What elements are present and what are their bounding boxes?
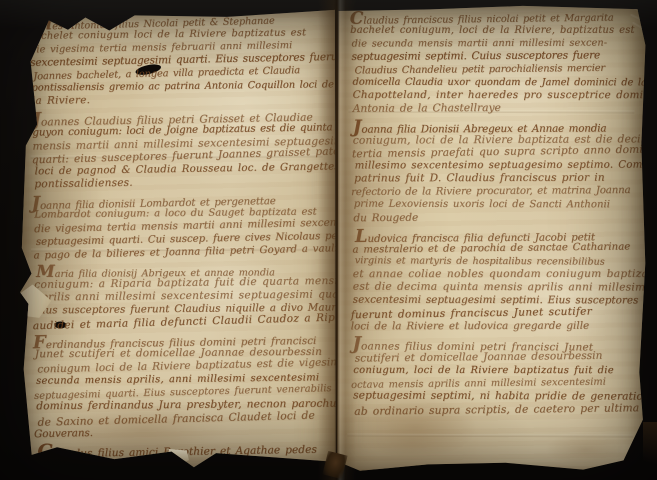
manuscript-line: Antonia de la Chastellraye bbox=[353, 101, 641, 116]
crease bbox=[348, 434, 633, 438]
manuscript-line: domicella Claudia uxor quondam de Jamel … bbox=[353, 76, 641, 90]
manuscript-line: bachelet coniugum, loci de la Riviere, b… bbox=[350, 24, 638, 37]
manuscript-line: ab ordinario supra scriptis, de caetero … bbox=[354, 401, 642, 418]
spine-leather-tab bbox=[307, 0, 334, 11]
manuscript-line: et annae coliae nobles quondam coniugum … bbox=[353, 268, 641, 281]
manuscript-line: du Rougede bbox=[353, 210, 641, 226]
right-page-text: Claudius franciscus filius nicolai petit… bbox=[350, 11, 639, 417]
left-page-text: ...les Antonius filius Nicolai petit & S… bbox=[28, 13, 334, 458]
margin-mark: 2 bbox=[18, 106, 35, 116]
stain bbox=[545, 432, 625, 466]
right-page: Claudius franciscus filius nicolai petit… bbox=[335, 1, 647, 476]
manuscript-line: Joanna filia Dionisii Abregeux et Annae … bbox=[353, 119, 641, 133]
manuscript-line: la Riviere. bbox=[32, 91, 331, 108]
manuscript-line: Chapotteland, inter haeredes pro suscept… bbox=[353, 89, 641, 102]
manuscript-line: virginis et martyris de hospitalibus rec… bbox=[355, 254, 643, 269]
margin-mark-label: 2 bbox=[29, 106, 35, 116]
spine-binding-knot bbox=[322, 451, 347, 479]
torn-paper-flap bbox=[167, 449, 189, 465]
manuscript-line: millesimo sexcentesimo septuagesimo sept… bbox=[355, 159, 643, 173]
manuscript-line: est die decima quinta mensis aprilis ann… bbox=[353, 281, 641, 295]
manuscript-line: loci de la Riviere et ludovica gregarde … bbox=[351, 320, 639, 334]
gutter-crease-line bbox=[336, 6, 338, 474]
left-page: ...les Antonius filius Nicolai petit & S… bbox=[17, 4, 337, 471]
cover-edge bbox=[643, 422, 657, 480]
manuscript-photo: ...les Antonius filius Nicolai petit & S… bbox=[0, 0, 657, 480]
